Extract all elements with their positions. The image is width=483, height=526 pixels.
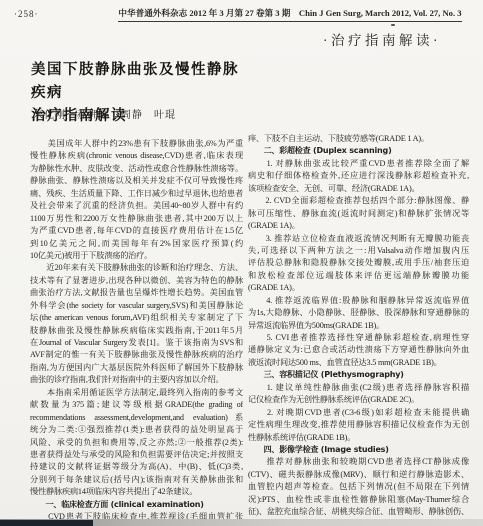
text-line: 近20年来有关下肢静脉曲张的诊断和治疗理念、方法、: [30, 262, 243, 274]
text-line: recommendations assessment,development,a…: [30, 412, 243, 424]
text-line: 2. 对晚期CVD患者(C3-6级)如彩超检查未能提供确: [248, 407, 469, 419]
text-line: 10亿美元)被用于下肢溃疡的治疗。: [30, 250, 243, 262]
journal-page: ·258· 中华普通外科杂志 2012 年 3 月第 27 卷第 3 期 Chi…: [0, 0, 483, 526]
text-line: 指南,为方便国内广大基层医院外科医师了解国外下肢静脉: [30, 362, 243, 374]
section-heading-line: 二、彩超检查 (Duplex scanning): [248, 145, 469, 157]
text-line: 3. 推荐站立位检查血液返流情况判断有无瓣膜功能丧: [248, 233, 469, 245]
text-line: 持建议的文献将证据等级分为高(A)、中(B)、低(C)3类,: [30, 461, 243, 473]
text-line: 该项检查安全、无创、可靠、经济(GRADE 1A)。: [248, 183, 469, 195]
text-line: 静脉曲张、静脉性溃疡以及相关并发症不仅可导致慢性疼: [30, 175, 243, 187]
section-heading-line: 三、容积描记仪 (Plethysmography): [248, 369, 469, 381]
text-line: 技术等有了显著进步,出现各种以微创、美容为特色的静脉: [30, 275, 243, 287]
journal-info-text: 中华普通外科杂志 2012 年 3 月第 27 卷第 3 期 Chin J Ge…: [118, 7, 461, 22]
journal-info: 中华普通外科杂志 2012 年 3 月第 27 卷第 3 期 Chin J Ge…: [100, 7, 480, 22]
text-line: 1. 建议单纯性静脉曲张(C2级)患者选择静脉容积描: [248, 382, 469, 394]
text-line: 痛、残疾、生活质量下降、工作日减少和过早退休,也给患者: [30, 188, 243, 200]
text-line: 病史和仔细体格检查外,还应进行深浅静脉彩超检查补充,: [248, 170, 469, 182]
text-line: 定性病理生理改变,推荐使用静脉容积描记仪检查作为无创: [248, 419, 469, 431]
text-line: 为1s,大隐静脉、小隐静脉、胫静脉、股深静脉和穿通静脉的: [248, 307, 469, 319]
text-line: 况):PTS、血栓性或非血栓性髂静脉阻塞(May-Thurner综合: [248, 494, 469, 506]
text-line: 外科学会(the society for vascular surgery,SV…: [30, 300, 243, 312]
text-line: 液返流时间达500 ms、血管直径达3.5 mm(GRADE 1B)。: [248, 357, 469, 369]
text-line: 5. CVI患者推荐选择性穿通静脉彩超检查,病理性穿: [248, 332, 469, 344]
text-column-right: 痒、下肢不自主运动、下肢疲劳感等(GRADE 1 A)。 二、彩超检查 (Dup…: [248, 133, 469, 519]
text-line: (GRADE 1A)。: [248, 220, 469, 232]
text-line: 记仪检查作为无创性静脉系统评估(GRADE 2C)。: [248, 394, 469, 406]
text-line: 为静脉性水肿、皮肤改变、活动性或愈合性静脉性溃疡等。: [30, 163, 243, 175]
text-line: 2. CVD全面彩超检查推荐包括四个部分:静脉图像、静: [248, 195, 469, 207]
text-line: 坛(the american venous forum,AVF)组织相关专家制定…: [30, 312, 243, 324]
text-line: 1100万男性和2200万女性静脉曲张患者,其中200万以上: [30, 213, 243, 225]
author-list: 朱化刚 郝拥军 周静 叶琨: [33, 106, 253, 121]
text-line: 统分为二类:①强烈推荐(1类):患者获得的益处明显高于: [30, 424, 243, 436]
text-line: 本指南采用循证医学方法制定,最终列入指南的参考文: [30, 387, 243, 399]
text-line: 慢性静脉疾病14项临床内容共提出了42条建议。: [30, 486, 243, 498]
text-line: 美国成年人群中约23%患有下肢静脉曲张,6%为严重: [30, 138, 243, 150]
text-line: 失,可选择以下两种方法之一:用Valsalva动作增加腹内压: [248, 245, 469, 257]
text-line: 性静脉系统评估(GRADE 1B)。: [248, 432, 469, 444]
article-title-line1: 美国下肢静脉曲张及慢性静脉疾病: [31, 59, 246, 105]
text-line: 及社会带来了沉重的经济负担。美国40~80岁人群中有约: [30, 200, 243, 212]
text-line: 异常返流临界值为500ms(GRADE 1B)。: [248, 320, 469, 332]
text-line: 风险、承受的负担和费用等,反之亦然;②一般推荐(2类):: [30, 437, 243, 449]
text-line: 曲张治疗方法,文献报告量也呈爆炸性增长趋势。美国血管: [30, 287, 243, 299]
text-line: 脉可压缩性、静脉血流(返流时间测定)和静脉扩张情况等: [248, 208, 469, 220]
text-line: 曲张的诊疗指南,我们针对指南中的主要内容加以介绍。: [30, 374, 243, 386]
page-header: ·258· 中华普通外科杂志 2012 年 3 月第 27 卷第 3 期 Chi…: [0, 7, 483, 23]
text-line: 患者获得益处与承受的风险和负担需要评估决定;并按照支: [30, 449, 243, 461]
text-line: 为严重CVD患者,每年CVD的直接医疗费用估计在1.5亿: [30, 225, 243, 237]
category-label: ·治疗指南解读·: [323, 29, 441, 49]
text-line: (CTV)、磁共振静脉成像(MRV)、顺行和逆行静脉造影术、: [248, 469, 469, 481]
text-line: 血管腔内超声等检查。包括下列情况(但不局限在下列情: [248, 481, 469, 493]
text-line: 献数量为375篇;建议等级根据GRADE(the grading of: [30, 399, 243, 411]
section-heading-line: 四、影像学检查 (Image studies): [248, 444, 469, 456]
page-number: ·258·: [14, 9, 39, 19]
text-line: AVF制定的惟一有关下肢静脉曲张及慢性静脉疾病的治疗: [30, 349, 243, 361]
text-line: 到10亿美元之间,而美国每年有2%国家医疗预算(约: [30, 238, 243, 250]
text-line: 在Journal of Vascular Surgery发表[1]。鉴于该指南为…: [30, 337, 243, 349]
scan-speck: [391, 24, 395, 26]
text-line: 慢性静脉疾病(chronic venous disease,CVD)患者,临床表…: [30, 150, 243, 162]
text-line: 肢静脉曲张及慢性静脉疾病临床实践指南,于2011年5月: [30, 325, 243, 337]
text-line: 4. 推荐返流临界值:股静脉和腘静脉异常返流临界值: [248, 295, 469, 307]
text-column-left: 美国成年人群中约23%患有下肢静脉曲张,6%为严重慢性静脉疾病(chronic …: [30, 138, 243, 524]
scan-artifact-dark-strip: [0, 520, 93, 526]
text-line: 和放松检查部位远端肢体来评估更远端静脉瓣膜功能: [248, 270, 469, 282]
text-line: 征)、盆腔充血综合征、胡桃夹综合征、血管畸形、静脉创伤、: [248, 506, 469, 518]
text-line: 痒、下肢不自主运动、下肢疲劳感等(GRADE 1 A)。: [248, 133, 469, 145]
text-line: 推荐对静脉曲张和较晚期CVD患者选择CT静脉成像: [248, 456, 469, 468]
text-line: 1. 对静脉曲张或比较严重CVD患者推荐除全面了解: [248, 158, 469, 170]
text-line: 评估股总静脉和隐股静脉交接处瓣膜,或用手压/袖套压迫: [248, 257, 469, 269]
text-line: 通静脉定义为:已愈合或活动性溃疡下方穿通性静脉向外血: [248, 344, 469, 356]
section-heading-line: 一、临床检查方面 (clinical examination): [30, 499, 243, 511]
text-line: (GRADE 1A)。: [248, 282, 469, 294]
text-line: 分别列于每条建议后(括号内);该指南对有关静脉曲张和: [30, 474, 243, 486]
